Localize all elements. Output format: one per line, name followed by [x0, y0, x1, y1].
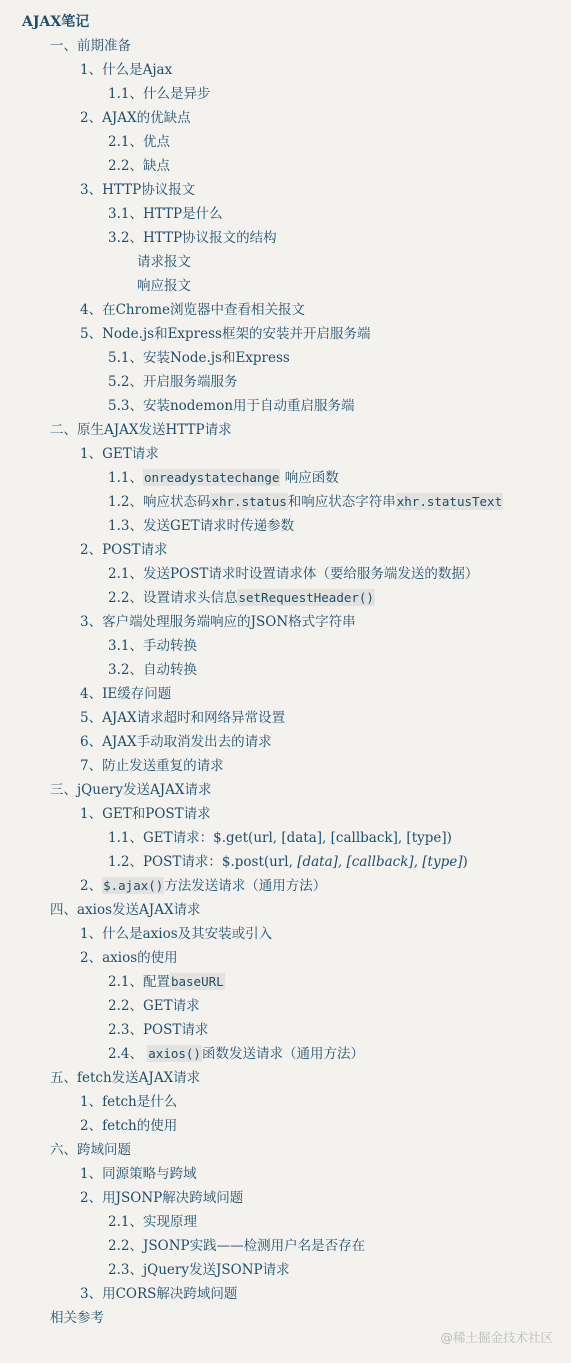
toc-link-text: 3.1、手动转换 [108, 638, 197, 654]
inline-code: axios() [147, 1045, 202, 1062]
toc-link-text: 2.2、JSONP实践——检测用户名是否存在 [108, 1238, 365, 1254]
toc-link-level-2[interactable]: 4、IE缓存问题 [0, 682, 571, 706]
toc-link-text: 2.2、缺点 [108, 158, 170, 174]
toc-link-text: 2.3、jQuery发送JSONP请求 [108, 1262, 290, 1278]
toc-link-text: 3.1、HTTP是什么 [108, 206, 223, 222]
toc-link-text: 6、AJAX手动取消发出去的请求 [80, 734, 272, 750]
toc-link-text: 1.2、POST请求：$.post(url, [108, 854, 297, 870]
inline-code: onreadystatechange [143, 469, 280, 486]
toc-link-level-2[interactable]: 7、防止发送重复的请求 [0, 754, 571, 778]
toc-link-text: 响应报文 [137, 278, 191, 294]
toc-link-text: 2.3、POST请求 [108, 1022, 208, 1038]
watermark: @稀土掘金技术社区 [440, 1328, 553, 1346]
toc-link-text: 2.1、发送POST请求时设置请求体（要给服务端发送的数据） [108, 566, 478, 582]
toc-link-text: 1、GET请求 [80, 446, 159, 462]
toc-link-level-3[interactable]: 5.3、安装nodemon用于自动重启服务端 [0, 394, 571, 418]
toc-link-text: 1、什么是axios及其安装或引入 [80, 926, 272, 942]
toc-link-text: 2、POST请求 [80, 542, 168, 558]
toc-link-text: 函数发送请求（通用方法） [202, 1046, 364, 1062]
toc-link-text: 和响应状态字符串 [288, 494, 396, 510]
toc-link-level-2[interactable]: 2、fetch的使用 [0, 1114, 571, 1138]
toc-link-level-2[interactable]: 2、axios的使用 [0, 946, 571, 970]
inline-code: xhr.status [210, 493, 287, 510]
toc-link-level-3[interactable]: 2.2、设置请求头信息setRequestHeader() [0, 586, 571, 610]
toc-link-level-3[interactable]: 2.2、缺点 [0, 154, 571, 178]
toc-link-level-3[interactable]: 3.1、HTTP是什么 [0, 202, 571, 226]
toc-link-level-1[interactable]: 六、跨域问题 [0, 1138, 571, 1162]
toc-link-level-3[interactable]: 1.3、发送GET请求时传递参数 [0, 514, 571, 538]
toc-link-level-1[interactable]: 二、原生AJAX发送HTTP请求 [0, 418, 571, 442]
toc-link-level-2[interactable]: 5、Node.js和Express框架的安装并开启服务端 [0, 322, 571, 346]
toc-link-level-3[interactable]: 2.1、发送POST请求时设置请求体（要给服务端发送的数据） [0, 562, 571, 586]
toc-link-text: 六、跨域问题 [50, 1142, 131, 1158]
toc-title[interactable]: AJAX笔记 [0, 10, 571, 34]
toc-link-text: 7、防止发送重复的请求 [80, 758, 224, 774]
toc-link-level-3[interactable]: 2.1、优点 [0, 130, 571, 154]
toc-link-text: 四、axios发送AJAX请求 [50, 902, 201, 918]
toc-link-level-3[interactable]: 2.4、 axios()函数发送请求（通用方法） [0, 1042, 571, 1066]
toc-link-level-3[interactable]: 2.2、JSONP实践——检测用户名是否存在 [0, 1234, 571, 1258]
toc-link-text: 3、用CORS解决跨域问题 [80, 1286, 237, 1302]
toc-link-text: 4、在Chrome浏览器中查看相关报文 [80, 302, 305, 318]
toc-link-level-1[interactable]: 四、axios发送AJAX请求 [0, 898, 571, 922]
toc-link-text: 2.2、设置请求头信息 [108, 590, 237, 606]
toc-link-level-2[interactable]: 3、客户端处理服务端响应的JSON格式字符串 [0, 610, 571, 634]
toc-link-text: 4、IE缓存问题 [80, 686, 171, 702]
toc-link-level-2[interactable]: 1、GET请求 [0, 442, 571, 466]
inline-code: setRequestHeader() [237, 589, 374, 606]
toc-link-text: 1、同源策略与跨域 [80, 1166, 197, 1182]
toc-link-level-2[interactable]: 1、什么是axios及其安装或引入 [0, 922, 571, 946]
toc-link-level-2[interactable]: 1、GET和POST请求 [0, 802, 571, 826]
toc-link-text: 1、fetch是什么 [80, 1094, 177, 1110]
inline-code: xhr.statusText [396, 493, 503, 510]
toc-link-level-2[interactable]: 2、用JSONP解决跨域问题 [0, 1186, 571, 1210]
toc-link-text: 1.3、发送GET请求时传递参数 [108, 518, 294, 534]
toc-link-text: 3.2、自动转换 [108, 662, 197, 678]
toc-link-level-2[interactable]: 2、AJAX的优缺点 [0, 106, 571, 130]
toc-link-level-2[interactable]: 1、fetch是什么 [0, 1090, 571, 1114]
inline-code: $.ajax() [102, 877, 164, 894]
toc-link-level-2[interactable]: 2、$.ajax()方法发送请求（通用方法） [0, 874, 571, 898]
toc-link-text: 1.1、什么是异步 [108, 86, 210, 102]
toc-link-level-3[interactable]: 2.2、GET请求 [0, 994, 571, 1018]
toc-link-level-3[interactable]: 5.1、安装Node.js和Express [0, 346, 571, 370]
toc-link-level-3[interactable]: 1.1、什么是异步 [0, 82, 571, 106]
toc-link-text: 三、jQuery发送AJAX请求 [50, 782, 212, 798]
toc-link-level-3[interactable]: 5.2、开启服务端服务 [0, 370, 571, 394]
toc-link-text: 2.2、GET请求 [108, 998, 200, 1014]
toc-link-text: 五、fetch发送AJAX请求 [50, 1070, 200, 1086]
toc-link-text: 2.1、优点 [108, 134, 170, 150]
toc-link-text: 5.2、开启服务端服务 [108, 374, 237, 390]
toc-link-text: 2、用JSONP解决跨域问题 [80, 1190, 243, 1206]
toc-link-level-3[interactable]: 2.3、POST请求 [0, 1018, 571, 1042]
toc-link-level-1[interactable]: 一、前期准备 [0, 34, 571, 58]
toc-link-level-2[interactable]: 2、POST请求 [0, 538, 571, 562]
toc-link-level-2[interactable]: 5、AJAX请求超时和网络异常设置 [0, 706, 571, 730]
toc-link-level-1[interactable]: 五、fetch发送AJAX请求 [0, 1066, 571, 1090]
toc-link-level-3[interactable]: 2.1、配置baseURL [0, 970, 571, 994]
toc-link-text: [data], [callback], [type] [297, 854, 462, 870]
toc-link-level-1[interactable]: 相关参考 [0, 1306, 571, 1330]
toc-link-level-2[interactable]: 1、什么是Ajax [0, 58, 571, 82]
toc-link-text: 5、Node.js和Express框架的安装并开启服务端 [80, 326, 370, 342]
toc-link-text: 5、AJAX请求超时和网络异常设置 [80, 710, 285, 726]
toc-link-level-3[interactable]: 2.1、实现原理 [0, 1210, 571, 1234]
toc-link-text: 响应函数 [280, 470, 338, 486]
toc-link-text: 1、GET和POST请求 [80, 806, 211, 822]
toc-link-level-4[interactable]: 响应报文 [0, 274, 571, 298]
toc-link-text: 3.2、HTTP协议报文的结构 [108, 230, 277, 246]
toc-link-level-3[interactable]: 2.3、jQuery发送JSONP请求 [0, 1258, 571, 1282]
inline-code: baseURL [170, 973, 225, 990]
toc-link-text: 2、axios的使用 [80, 950, 178, 966]
toc-link-level-3[interactable]: 3.2、HTTP协议报文的结构 [0, 226, 571, 250]
toc-link-level-3[interactable]: 3.1、手动转换 [0, 634, 571, 658]
toc-link-text: 1.1、 [108, 470, 143, 486]
toc-link-text: 2.1、配置 [108, 974, 170, 990]
toc-link-text: 请求报文 [137, 254, 191, 270]
toc-link-text: AJAX笔记 [22, 14, 89, 30]
toc-link-text: 1.1、GET请求：$.get(url, [data], [callback],… [108, 830, 452, 846]
toc-link-text: 一、前期准备 [50, 38, 131, 54]
toc-link-level-2[interactable]: 3、用CORS解决跨域问题 [0, 1282, 571, 1306]
toc-link-level-3[interactable]: 1.2、响应状态码xhr.status和响应状态字符串xhr.statusTex… [0, 490, 571, 514]
toc-link-text: 相关参考 [50, 1310, 104, 1326]
toc-link-level-2[interactable]: 6、AJAX手动取消发出去的请求 [0, 730, 571, 754]
toc-link-text: 5.3、安装nodemon用于自动重启服务端 [108, 398, 355, 414]
toc-link-text: 二、原生AJAX发送HTTP请求 [50, 422, 232, 438]
toc-link-level-2[interactable]: 4、在Chrome浏览器中查看相关报文 [0, 298, 571, 322]
table-of-contents: AJAX笔记一、前期准备1、什么是Ajax1.1、什么是异步2、AJAX的优缺点… [0, 10, 571, 1330]
toc-link-level-3[interactable]: 1.1、onreadystatechange 响应函数 [0, 466, 571, 490]
toc-link-text: 3、客户端处理服务端响应的JSON格式字符串 [80, 614, 356, 630]
toc-link-text: 1、什么是Ajax [80, 62, 172, 78]
toc-link-level-1[interactable]: 三、jQuery发送AJAX请求 [0, 778, 571, 802]
toc-link-level-3[interactable]: 3.2、自动转换 [0, 658, 571, 682]
toc-link-level-3[interactable]: 1.1、GET请求：$.get(url, [data], [callback],… [0, 826, 571, 850]
toc-link-level-2[interactable]: 3、HTTP协议报文 [0, 178, 571, 202]
toc-link-text: 5.1、安装Node.js和Express [108, 350, 290, 366]
toc-link-text: 2.4、 [108, 1046, 147, 1062]
toc-link-level-2[interactable]: 1、同源策略与跨域 [0, 1162, 571, 1186]
toc-link-text: 2、 [80, 878, 102, 894]
toc-link-text: 1.2、响应状态码 [108, 494, 210, 510]
toc-link-level-4[interactable]: 请求报文 [0, 250, 571, 274]
toc-link-text: 2、AJAX的优缺点 [80, 110, 191, 126]
toc-link-text: ) [463, 854, 468, 870]
toc-link-text: 3、HTTP协议报文 [80, 182, 195, 198]
toc-link-level-3[interactable]: 1.2、POST请求：$.post(url, [data], [callback… [0, 850, 571, 874]
toc-link-text: 2.1、实现原理 [108, 1214, 197, 1230]
toc-link-text: 2、fetch的使用 [80, 1118, 177, 1134]
toc-link-text: 方法发送请求（通用方法） [164, 878, 326, 894]
